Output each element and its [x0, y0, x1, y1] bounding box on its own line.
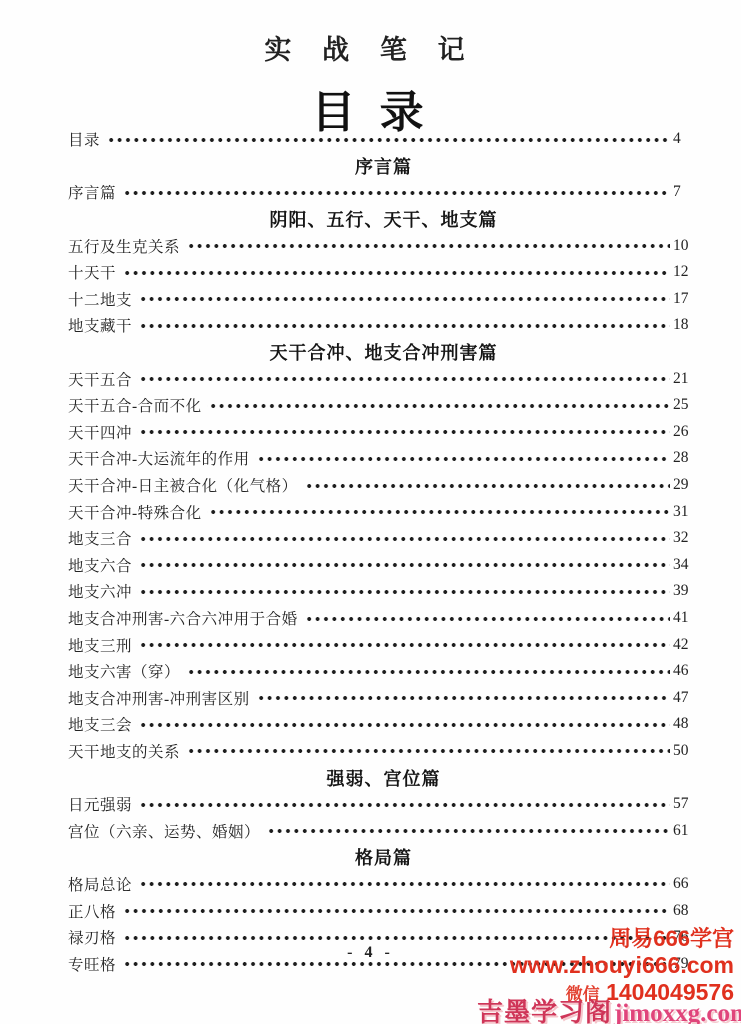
toc-page: 实 战 笔 记 目 录 目录4序言篇序言篇7阴阳、五行、天干、地支篇五行及生克关… [0, 0, 741, 1024]
toc-entry-label: 十二地支 [68, 288, 132, 310]
toc-entry-page-number: 31 [673, 503, 699, 521]
toc-entry-label: 地支三刑 [68, 634, 132, 656]
toc-entry-page-number: 29 [673, 476, 699, 494]
watermark-website: www.zhouyi666.com [510, 952, 734, 979]
toc-entry: 格局总论66 [68, 871, 699, 898]
toc-entry: 地支合冲刑害-六合六冲用于合婚41 [68, 605, 699, 632]
toc-entry: 天干合冲-大运流年的作用28 [68, 445, 699, 472]
toc-entry: 天干合冲-特殊合化31 [68, 498, 699, 525]
dot-leader [137, 286, 670, 313]
dot-leader [185, 658, 670, 685]
toc-entry-label: 格局总论 [68, 873, 132, 895]
dot-leader [121, 897, 670, 924]
toc-entry-label: 目录 [68, 128, 100, 150]
toc-entry-label: 序言篇 [68, 181, 116, 203]
toc-section-header: 强弱、宫位篇 [68, 764, 699, 791]
toc-entry-label: 地支藏干 [68, 314, 132, 336]
dot-leader [105, 126, 670, 153]
stamp-cn-text: 吉墨学习阁 [477, 997, 612, 1024]
toc-entry-page-number: 39 [673, 582, 699, 600]
toc-entry: 地支三会48 [68, 711, 699, 738]
book-title: 实 战 笔 记 [0, 0, 741, 67]
dot-leader [265, 817, 670, 844]
toc-entry-page-number: 50 [673, 742, 699, 760]
toc-entry-label: 地支六合 [68, 554, 132, 576]
toc-list: 目录4序言篇序言篇7阴阳、五行、天干、地支篇五行及生克关系10十天干12十二地支… [68, 126, 699, 977]
dot-leader [137, 631, 670, 658]
toc-entry: 地支六冲39 [68, 578, 699, 605]
toc-entry: 地支三合32 [68, 525, 699, 552]
toc-section-header: 序言篇 [68, 153, 699, 180]
stamp-site-text: jimoxxg.com [614, 1000, 741, 1024]
toc-entry-page-number: 32 [673, 529, 699, 547]
toc-entry: 日元强弱57 [68, 791, 699, 818]
dot-leader [137, 871, 670, 898]
toc-entry-label: 天干合冲-特殊合化 [68, 501, 202, 523]
toc-entry-page-number: 17 [673, 290, 699, 308]
toc-entry-page-number: 10 [673, 237, 699, 255]
toc-entry: 地支六害（穿）46 [68, 658, 699, 685]
toc-entry-label: 天干合冲-大运流年的作用 [68, 447, 250, 469]
toc-section-header: 天干合冲、地支合冲刑害篇 [68, 339, 699, 366]
dot-leader [137, 525, 670, 552]
watermark-studio: 周易666学宫 [510, 925, 734, 952]
toc-entry-label: 宫位（六亲、运势、婚姻） [68, 820, 260, 842]
toc-entry-label: 正八格 [68, 900, 116, 922]
dot-leader [137, 419, 670, 446]
toc-entry-page-number: 47 [673, 689, 699, 707]
toc-entry: 序言篇7 [68, 179, 699, 206]
toc-entry: 十二地支17 [68, 286, 699, 313]
toc-entry: 宫位（六亲、运势、婚姻）61 [68, 817, 699, 844]
dot-leader [137, 552, 670, 579]
toc-entry: 地支三刑42 [68, 631, 699, 658]
toc-entry-page-number: 57 [673, 795, 699, 813]
toc-entry-page-number: 46 [673, 662, 699, 680]
dot-leader [121, 179, 670, 206]
dot-leader [207, 392, 670, 419]
toc-entry-page-number: 25 [673, 396, 699, 414]
toc-entry-page-number: 66 [673, 875, 699, 893]
toc-entry: 天干五合21 [68, 365, 699, 392]
toc-entry: 地支合冲刑害-冲刑害区别47 [68, 684, 699, 711]
toc-entry: 天干合冲-日主被合化（化气格）29 [68, 472, 699, 499]
dot-leader [207, 498, 670, 525]
dot-leader [137, 711, 670, 738]
watermark-stamp: 吉墨学习阁jimoxxg.com [477, 992, 741, 1024]
dot-leader [121, 259, 670, 286]
dot-leader [185, 232, 670, 259]
toc-entry: 天干地支的关系50 [68, 738, 699, 765]
toc-entry-label: 地支合冲刑害-六合六冲用于合婚 [68, 607, 298, 629]
toc-entry-label: 天干四冲 [68, 421, 132, 443]
dot-leader [255, 684, 670, 711]
dot-leader [137, 312, 670, 339]
toc-entry: 正八格68 [68, 897, 699, 924]
toc-entry-page-number: 26 [673, 423, 699, 441]
toc-entry-label: 地支六害（穿） [68, 660, 180, 682]
toc-entry-label: 日元强弱 [68, 793, 132, 815]
toc-entry-label: 十天干 [68, 261, 116, 283]
toc-entry-page-number: 7 [673, 183, 699, 201]
toc-entry-label: 五行及生克关系 [68, 235, 180, 257]
dot-leader [303, 472, 670, 499]
toc-entry-page-number: 42 [673, 636, 699, 654]
toc-entry-page-number: 48 [673, 715, 699, 733]
toc-entry-label: 地支六冲 [68, 580, 132, 602]
toc-section-header: 阴阳、五行、天干、地支篇 [68, 206, 699, 233]
toc-entry: 地支藏干18 [68, 312, 699, 339]
dot-leader [255, 445, 670, 472]
toc-entry-label: 天干五合 [68, 368, 132, 390]
toc-entry-label: 天干五合-合而不化 [68, 394, 202, 416]
dot-leader [137, 791, 670, 818]
toc-entry: 天干五合-合而不化25 [68, 392, 699, 419]
toc-entry-label: 天干地支的关系 [68, 740, 180, 762]
toc-entry: 目录4 [68, 126, 699, 153]
toc-entry: 五行及生克关系10 [68, 232, 699, 259]
toc-entry-page-number: 21 [673, 370, 699, 388]
toc-entry: 天干四冲26 [68, 419, 699, 446]
dot-leader [185, 738, 670, 765]
toc-entry-page-number: 68 [673, 902, 699, 920]
dot-leader [303, 605, 670, 632]
toc-entry-page-number: 41 [673, 609, 699, 627]
toc-entry-page-number: 12 [673, 263, 699, 281]
toc-entry-page-number: 18 [673, 316, 699, 334]
toc-entry-page-number: 4 [673, 130, 699, 148]
toc-entry-page-number: 34 [673, 556, 699, 574]
dot-leader [137, 365, 670, 392]
toc-entry-page-number: 61 [673, 822, 699, 840]
toc-entry-label: 天干合冲-日主被合化（化气格） [68, 474, 298, 496]
toc-section-header: 格局篇 [68, 844, 699, 871]
toc-entry-label: 地支三会 [68, 713, 132, 735]
toc-entry: 地支六合34 [68, 552, 699, 579]
dot-leader [137, 578, 670, 605]
toc-entry-page-number: 28 [673, 449, 699, 467]
toc-entry-label: 地支三合 [68, 527, 132, 549]
toc-entry-label: 地支合冲刑害-冲刑害区别 [68, 687, 250, 709]
toc-entry: 十天干12 [68, 259, 699, 286]
